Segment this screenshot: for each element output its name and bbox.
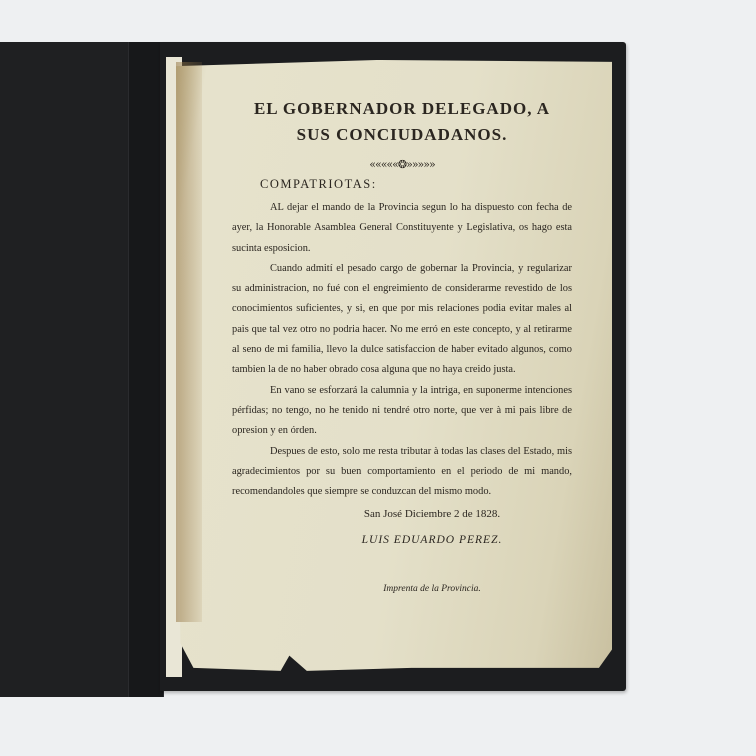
paragraph: AL dejar el mando de la Provincia segun … — [232, 198, 572, 259]
paragraph: En vano se esforzará la calumnia y la in… — [232, 381, 572, 442]
paragraph: Despues de esto, solo me resta tributar … — [232, 442, 572, 503]
signature: LUIS EDUARDO PEREZ. — [292, 534, 572, 546]
date-line: San José Diciembre 2 de 1828. — [292, 508, 572, 520]
paper-stain — [176, 62, 202, 622]
title-line-1: EL GOBERNADOR DELEGADO, A — [232, 96, 572, 122]
imprint-line: Imprenta de la Provincia. — [292, 584, 572, 594]
ornament-divider: «««««❂»»»»» — [232, 158, 572, 171]
paragraph: Cuando admití el pesado cargo de goberna… — [232, 259, 572, 381]
salutation: COMPATRIOTAS: — [260, 177, 572, 192]
title-line-2: SUS CONCIUDADANOS. — [232, 122, 572, 148]
folder-spine — [128, 42, 164, 697]
document-text: EL GOBERNADOR DELEGADO, A SUS CONCIUDADA… — [232, 96, 572, 594]
